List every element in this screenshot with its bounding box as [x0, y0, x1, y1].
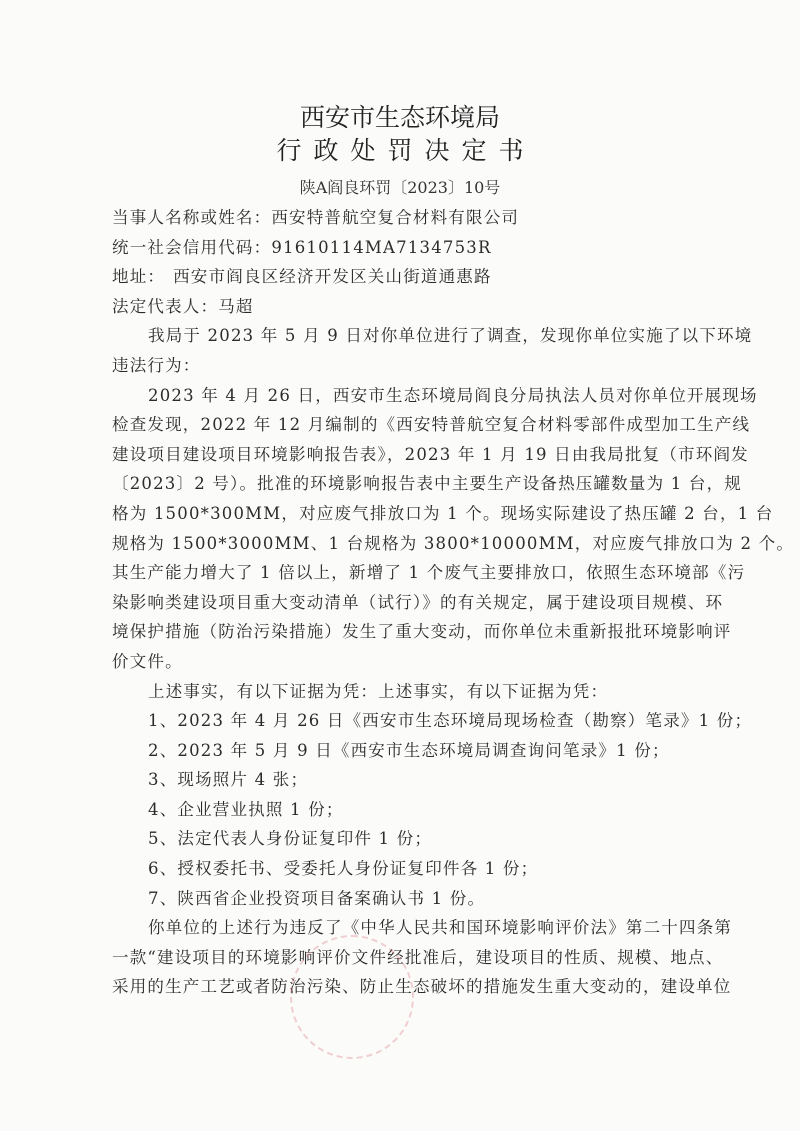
evidence-intro: 上述事实，有以下证据为凭：上述事实，有以下证据为凭：: [112, 677, 692, 707]
party-name-row: 当事人名称或姓名：西安特普航空复合材料有限公司: [112, 203, 692, 233]
credit-code-label: 统一社会信用代码：: [112, 238, 271, 257]
facts-line: 价文件。: [112, 647, 692, 677]
document-number: 陕A阎良环罚〔2023〕10号: [0, 175, 800, 198]
address-label: 地址：: [112, 267, 165, 286]
facts-line: 境保护措施（防治污染措施）发生了重大变动，而你单位未重新报批环境影响评: [112, 617, 692, 647]
agency-title: 西安市生态环境局: [0, 98, 800, 134]
legal-rep-row: 法定代表人：马超: [112, 292, 692, 322]
violation-line: 你单位的上述行为违反了《中华人民共和国环境影响评价法》第二十四条第: [112, 913, 692, 943]
facts-line: 其生产能力增大了 1 倍以上，新增了 1 个废气主要排放口，依照生态环境部《污: [112, 558, 692, 588]
facts-line: 染影响类建设项目重大变动清单（试行）》的有关规定，属于建设项目规模、环: [112, 588, 692, 618]
facts-line: 格为 1500*300MM，对应废气排放口为 1 个。现场实际建设了热压罐 2 …: [112, 499, 692, 529]
violation-line: 一款“建设项目的环境影响评价文件经批准后，建设项目的性质、规模、地点、: [112, 943, 692, 973]
facts-line: 建设项目建设项目环境影响报告表》，2023 年 1 月 19 日由我局批复（市环…: [112, 440, 692, 470]
legal-rep-value: 马超: [218, 297, 253, 316]
evidence-item: 5、法定代表人身份证复印件 1 份；: [112, 824, 692, 854]
evidence-item: 4、企业营业执照 1 份；: [112, 795, 692, 825]
document-body: 当事人名称或姓名：西安特普航空复合材料有限公司 统一社会信用代码：9161011…: [112, 203, 692, 1002]
legal-rep-label: 法定代表人：: [112, 297, 218, 316]
document-type-title: 行政处罚决定书: [0, 131, 800, 167]
facts-line: 〔2023〕2 号）。批准的环境影响报告表中主要生产设备热压罐数量为 1 台，规: [112, 469, 692, 499]
facts-line: 规格为 1500*3000MM、1 台规格为 3800*10000MM，对应废气…: [112, 529, 692, 559]
intro-line: 违法行为：: [112, 351, 692, 381]
facts-line: 检查发现，2022 年 12 月编制的《西安特普航空复合材料零部件成型加工生产线: [112, 410, 692, 440]
address-row: 地址：西安市阎良区经济开发区关山街道通惠路: [112, 262, 692, 292]
evidence-item: 7、陕西省企业投资项目备案确认书 1 份。: [112, 884, 692, 914]
credit-code-value: 91610114MA7134753R: [271, 238, 491, 257]
evidence-item: 2、2023 年 5 月 9 日《西安市生态环境局调查询问笔录》1 份；: [112, 736, 692, 766]
evidence-item: 1、2023 年 4 月 26 日《西安市生态环境局现场检查（勘察）笔录》1 份…: [112, 706, 692, 736]
evidence-item: 3、现场照片 4 张；: [112, 765, 692, 795]
party-name-value: 西安特普航空复合材料有限公司: [271, 208, 519, 227]
address-value: 西安市阎良区经济开发区关山街道通惠路: [165, 267, 492, 286]
credit-code-row: 统一社会信用代码：91610114MA7134753R: [112, 233, 692, 263]
evidence-item: 6、授权委托书、受委托人身份证复印件各 1 份；: [112, 854, 692, 884]
violation-line: 采用的生产工艺或者防治污染、防止生态破坏的措施发生重大变动的，建设单位: [112, 972, 692, 1002]
intro-line: 我局于 2023 年 5 月 9 日对你单位进行了调查，发现你单位实施了以下环境: [112, 321, 692, 351]
facts-line: 2023 年 4 月 26 日，西安市生态环境局阎良分局执法人员对你单位开展现场: [112, 381, 692, 411]
party-name-label: 当事人名称或姓名：: [112, 208, 271, 227]
document-page: 西安市生态环境局 行政处罚决定书 陕A阎良环罚〔2023〕10号 当事人名称或姓…: [0, 0, 800, 1131]
